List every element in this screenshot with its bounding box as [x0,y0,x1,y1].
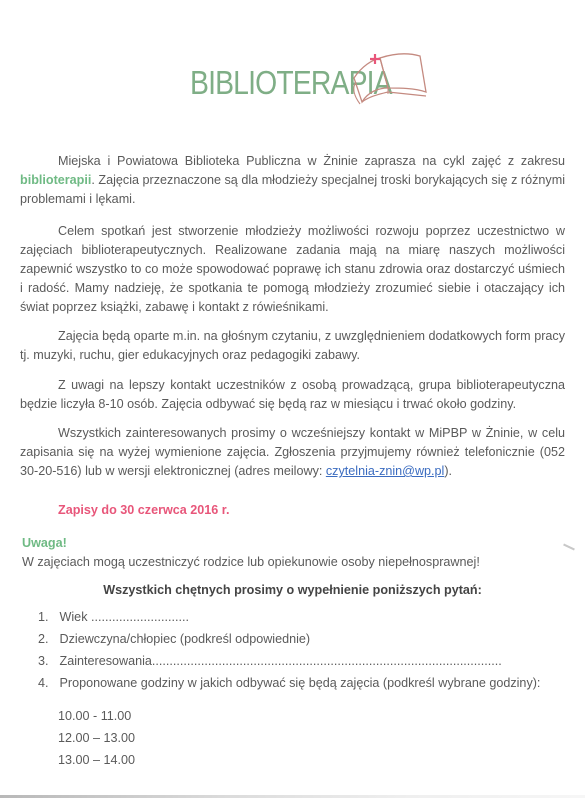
scan-edge-shadow [0,795,585,798]
question-item: 1. Wiek ............................ [38,606,540,628]
notice: Uwaga! W zajęciach mogą uczestniczyć rod… [22,534,567,572]
question-item: 4. Proponowane godziny w jakich odbywać … [38,672,540,694]
deadline-text: Zapisy do 30 czerwca 2016 r. [58,503,230,517]
question-interests: Zainteresowania.........................… [60,654,502,668]
question-gender: Dziewczyna/chłopiec (podkreśl odpowiedni… [60,632,311,646]
hour-option: 13.00 – 14.00 [58,749,135,771]
intro-text-1: Miejska i Powiatowa Biblioteka Publiczna… [58,154,565,168]
question-item: 3. Zainteresowania......................… [38,650,540,672]
method-text: Zajęcia będą oparte m.in. na głośnym czy… [20,327,565,365]
logo: BIBLIOTERAPIA [190,48,430,118]
goal-text: Celem spotkań jest stworzenie młodzieży … [20,222,565,317]
question-hours: Proponowane godziny w jakich odbywać się… [60,676,541,690]
intro-text-2: . Zajęcia przeznaczone są dla młodzieży … [20,173,565,206]
email-link[interactable]: czytelnia-znin@wp.pl [326,464,444,478]
intro-paragraph: Miejska i Powiatowa Biblioteka Publiczna… [20,152,565,209]
notice-text: W zajęciach mogą uczestniczyć rodzice lu… [22,553,567,572]
open-book-icon [348,48,428,110]
deadline: Zapisy do 30 czerwca 2016 r. [58,501,458,520]
flyer-page: BIBLIOTERAPIA Miejska i Powiatowa Biblio… [0,0,585,800]
hour-option: 10.00 - 11.00 [58,705,135,727]
method-paragraph: Zajęcia będą oparte m.in. na głośnym czy… [20,327,565,365]
questions-heading: Wszystkich chętnych prosimy o wypełnieni… [20,581,565,600]
goal-paragraph: Celem spotkań jest stworzenie młodzieży … [20,222,565,317]
hours-options: 10.00 - 11.00 12.00 – 13.00 13.00 – 14.0… [58,705,135,771]
question-age: Wiek ............................ [60,610,189,624]
group-text: Z uwagi na lepszy kontakt uczestników z … [20,376,565,414]
highlight-biblioterapii: biblioterapii [20,173,91,187]
contact-paragraph: Wszystkich zainteresowanych prosimy o wc… [20,424,565,481]
group-paragraph: Z uwagi na lepszy kontakt uczestników z … [20,376,565,414]
questions-list: 1. Wiek ............................ 2. … [38,606,540,694]
hour-option: 12.00 – 13.00 [58,727,135,749]
question-item: 2. Dziewczyna/chłopiec (podkreśl odpowie… [38,628,540,650]
notice-heading: Uwaga! [22,534,567,553]
contact-text: Wszystkich zainteresowanych prosimy o wc… [20,426,565,478]
contact-closing: ). [444,464,452,478]
